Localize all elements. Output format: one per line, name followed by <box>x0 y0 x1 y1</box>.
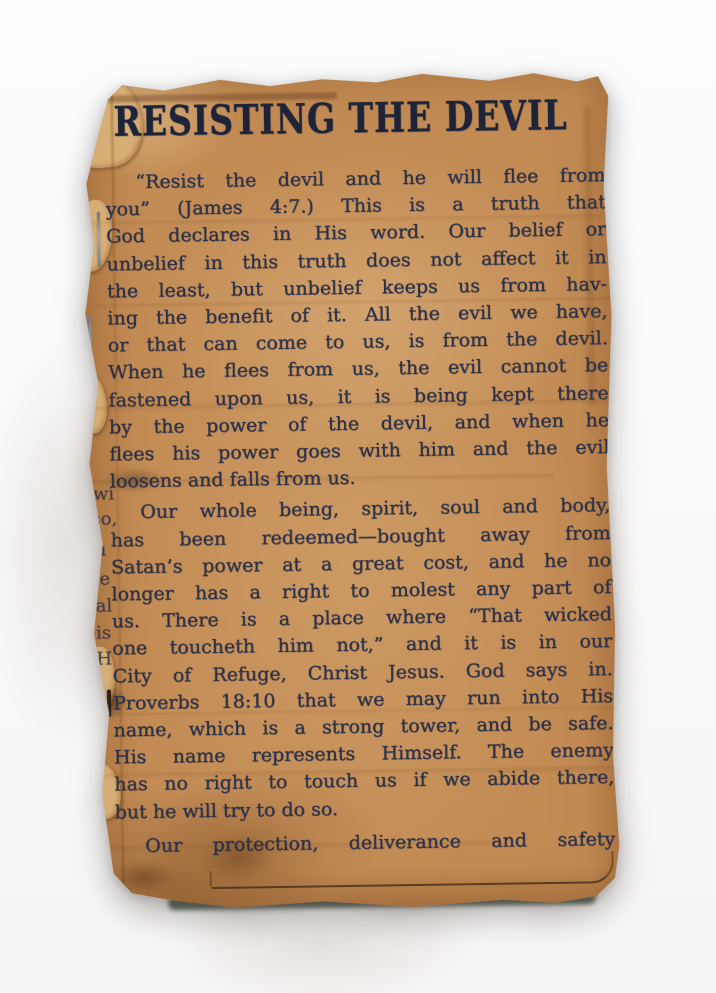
staple <box>88 316 91 348</box>
torn-text-fragment: u <box>95 542 107 560</box>
torn-text-fragment: is <box>96 625 111 643</box>
page-title: RESISTING THE DEVIL <box>109 92 572 156</box>
torn-text-fragment: so, <box>91 510 117 528</box>
torn-text-fragment: wi <box>93 485 114 503</box>
tract-page-wrap: RESISTING THE DEVIL “Resist the devil an… <box>72 66 620 914</box>
torn-paper-flap <box>71 370 110 435</box>
printed-bottom-rule-end <box>210 871 212 887</box>
torn-text-fragment: Je <box>92 571 110 589</box>
body-text-block: “Resist the devil and he will flee fromy… <box>105 162 605 169</box>
tract-page: RESISTING THE DEVIL “Resist the devil an… <box>72 66 620 914</box>
text-line: but he will try to do so. <box>115 792 615 827</box>
torn-text-fragment: al <box>96 597 113 615</box>
rusted-staple <box>107 690 111 717</box>
ink-speck <box>378 77 381 80</box>
text-line: loosens and falls from us. <box>110 461 610 496</box>
torn-text-fragment: H <box>96 650 112 668</box>
printed-bottom-rule <box>211 851 613 889</box>
scanned-document-canvas: { "document": { "title": "RESISTING THE … <box>0 0 716 993</box>
